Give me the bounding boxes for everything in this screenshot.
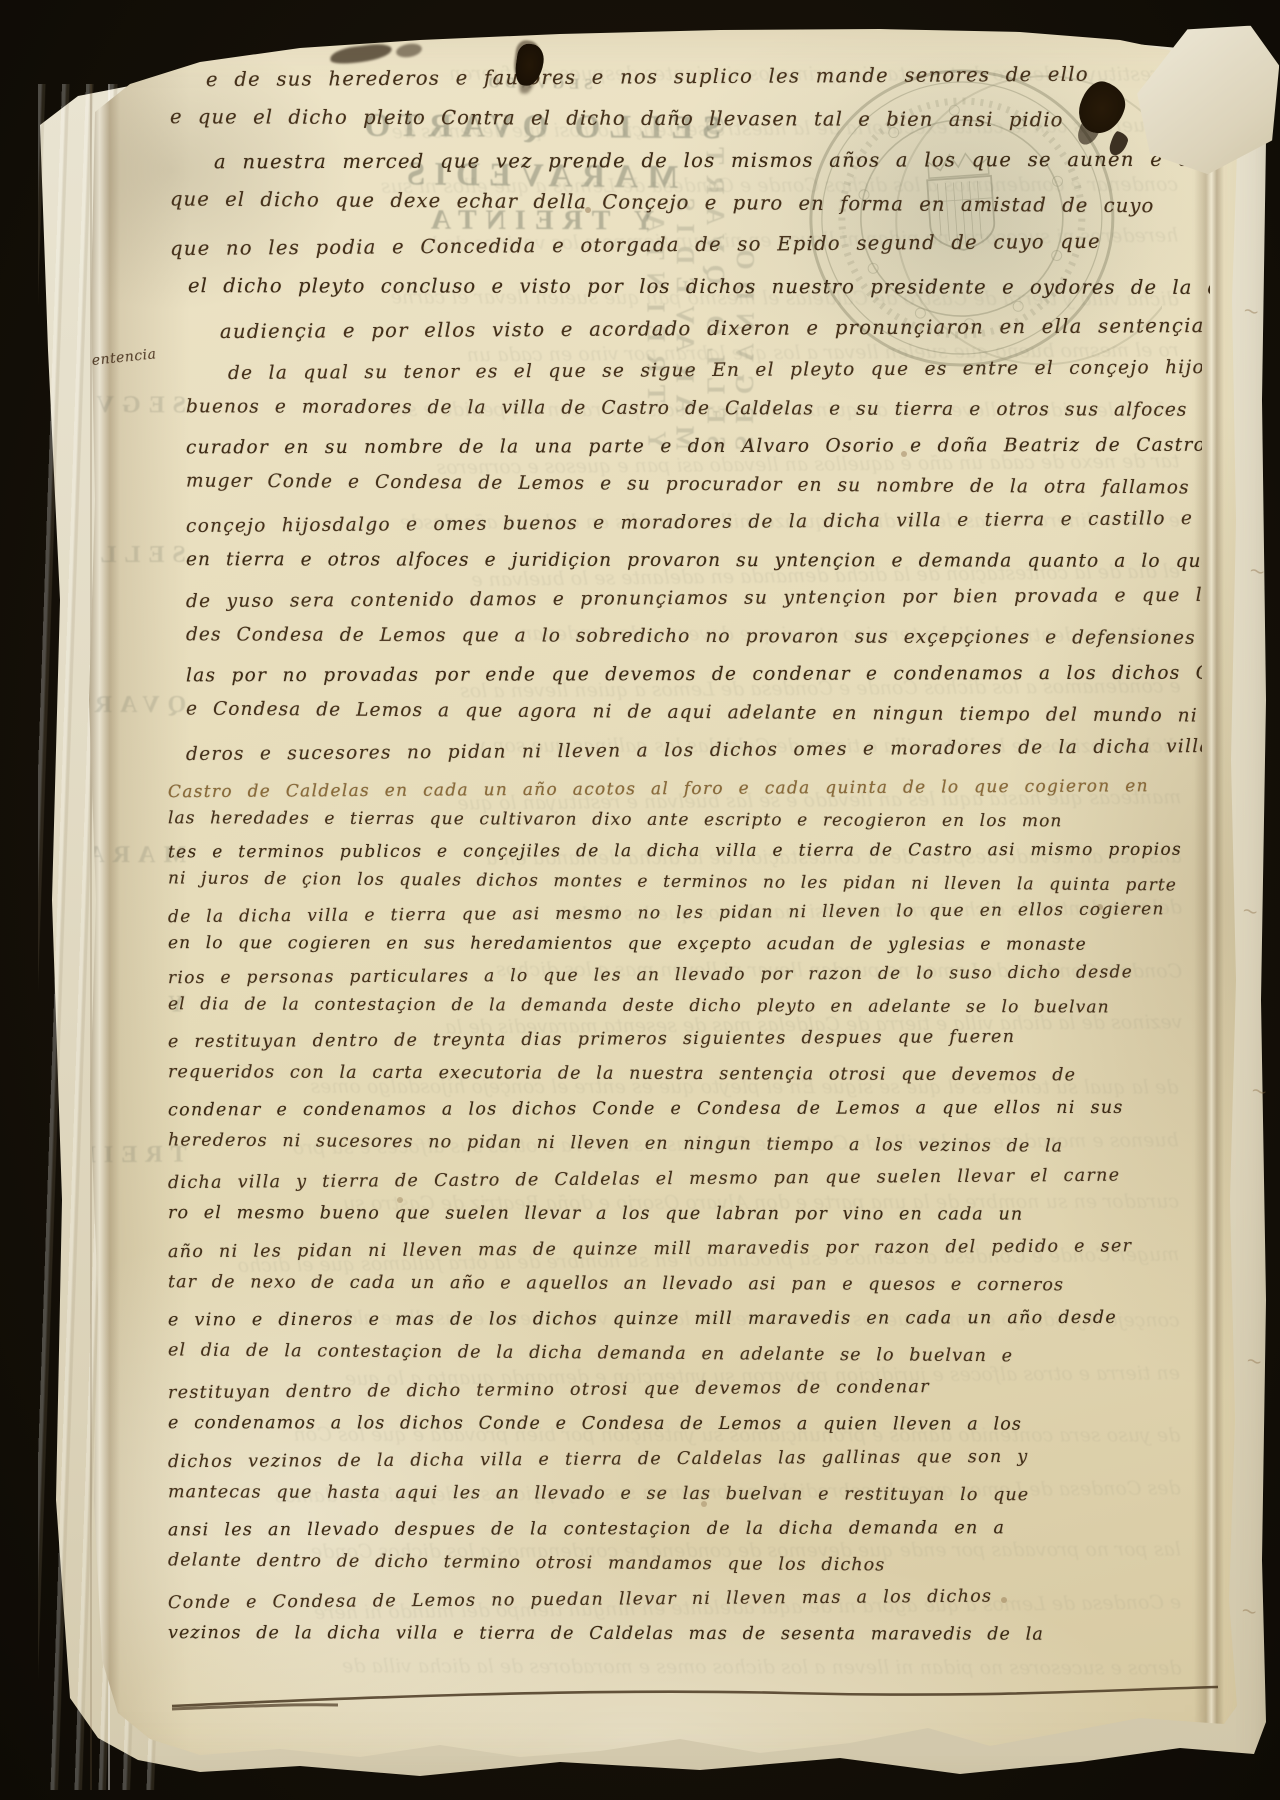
manuscript-line: audiençia e por ellos visto e acordado d… xyxy=(220,305,1210,353)
manuscript-line: e condenamos a los dichos Conde e Condes… xyxy=(168,1406,1204,1443)
manuscript-line: Conde e Condesa de Lemos no puedan lleva… xyxy=(168,1578,1204,1621)
manuscript-line: restituyan dentro de dicho termino otros… xyxy=(168,1368,1204,1411)
foxing-specks xyxy=(0,0,4,4)
manuscript-line: e restituyan dentro de treynta dias prim… xyxy=(168,1019,1204,1060)
next-page-ink-trace xyxy=(1241,1597,1270,1617)
manuscript-line: deros e sucesores no pidan ni lleven a l… xyxy=(186,728,1202,774)
manuscript-line: requeridos con la carta executoria de la… xyxy=(168,1055,1204,1094)
manuscript-line: condenar e condenamos a los dichos Conde… xyxy=(168,1091,1204,1129)
manuscript-line: año ni les pidan ni lleven mas de quinze… xyxy=(168,1229,1204,1270)
manuscript-line: vezinos de la dicha villa e tierra de Ca… xyxy=(168,1616,1204,1653)
manuscript-line: ansi les an llevado despues de la contes… xyxy=(168,1511,1204,1549)
text-block-fallo: de la qual su tenor es el que se sigue E… xyxy=(186,352,1202,770)
manuscript-line: e que el dicho pleito Contra el dicho da… xyxy=(170,96,1210,142)
manuscript-line: des Condesa de Lemos que a lo sobredicho… xyxy=(186,616,1202,658)
manuscript-line: que no les podia e Concedida e otorgada … xyxy=(170,220,1210,270)
text-block-condenas: e restituyan dentro de treynta dias prim… xyxy=(168,1022,1204,1652)
next-page-ink-trace xyxy=(1246,1347,1275,1367)
manuscript-line: las por no provadas por ende que devemos… xyxy=(186,655,1202,696)
text-block-opening: e de sus herederos e fautores e nos supl… xyxy=(170,56,1210,350)
manuscript-line: tes e terminos publicos e conçejiles de … xyxy=(168,835,1204,869)
text-block-montes: Castro de Caldelas en cada un año acotos… xyxy=(168,774,1204,1022)
manuscript-line: de la dicha villa e tierra que asi mesmo… xyxy=(168,894,1204,933)
manuscript-line: dicha villa y tierra de Castro de Caldel… xyxy=(168,1158,1204,1201)
manuscript-line: en tierra e otros alfoces e juridiçion p… xyxy=(186,541,1202,581)
next-page-ink-trace xyxy=(1249,557,1278,577)
manuscript-line: a nuestra merced que vez prende de los m… xyxy=(214,139,1210,184)
manuscript-line: conçejo hijosdalgo e omes buenos e morad… xyxy=(186,500,1202,546)
manuscript-line: buenos e moradores de la villa de Castro… xyxy=(186,388,1202,430)
ink-rule xyxy=(166,1680,1236,1720)
manuscript-line: rios e personas particulares a lo que le… xyxy=(168,957,1204,994)
manuscript-line: de yuso sera contenido damos e pronunçia… xyxy=(186,577,1202,621)
manuscript-page: e restituyan dentro de treynta dias prim… xyxy=(0,0,1280,1800)
manuscript-photo: e restituyan dentro de treynta dias prim… xyxy=(0,0,1280,1800)
manuscript-line: en lo que cogieren en sus heredamientos … xyxy=(168,928,1204,961)
next-page-ink-trace xyxy=(1251,1077,1280,1097)
manuscript-line: el dicho pleyto concluso e visto por los… xyxy=(188,265,1210,309)
next-page-ink-trace xyxy=(1242,897,1271,917)
manuscript-line: las heredades e tierras que cultivaron d… xyxy=(168,803,1204,838)
manuscript-line: de la qual su tenor es el que se sigue E… xyxy=(228,349,1202,393)
manuscript-line: e vino e dineros e mas de los dichos qui… xyxy=(168,1301,1204,1339)
manuscript-line: el dia de la contestaçion de la demanda … xyxy=(168,989,1204,1024)
manuscript-line: mantecas que hasta aqui les an llevado e… xyxy=(168,1475,1204,1514)
next-page-ink-trace xyxy=(1243,297,1272,317)
manuscript-line: dichos vezinos de la dicha villa e tierr… xyxy=(168,1439,1204,1480)
manuscript-line: tar de nexo de cada un año e aquellos an… xyxy=(168,1265,1204,1304)
manuscript-line: Castro de Caldelas en cada un año acotos… xyxy=(168,771,1204,808)
manuscript-line: ro el mesmo bueno que suelen llevar a lo… xyxy=(168,1196,1204,1233)
manuscript-line: curador en su nombre de la una parte e d… xyxy=(186,427,1202,468)
